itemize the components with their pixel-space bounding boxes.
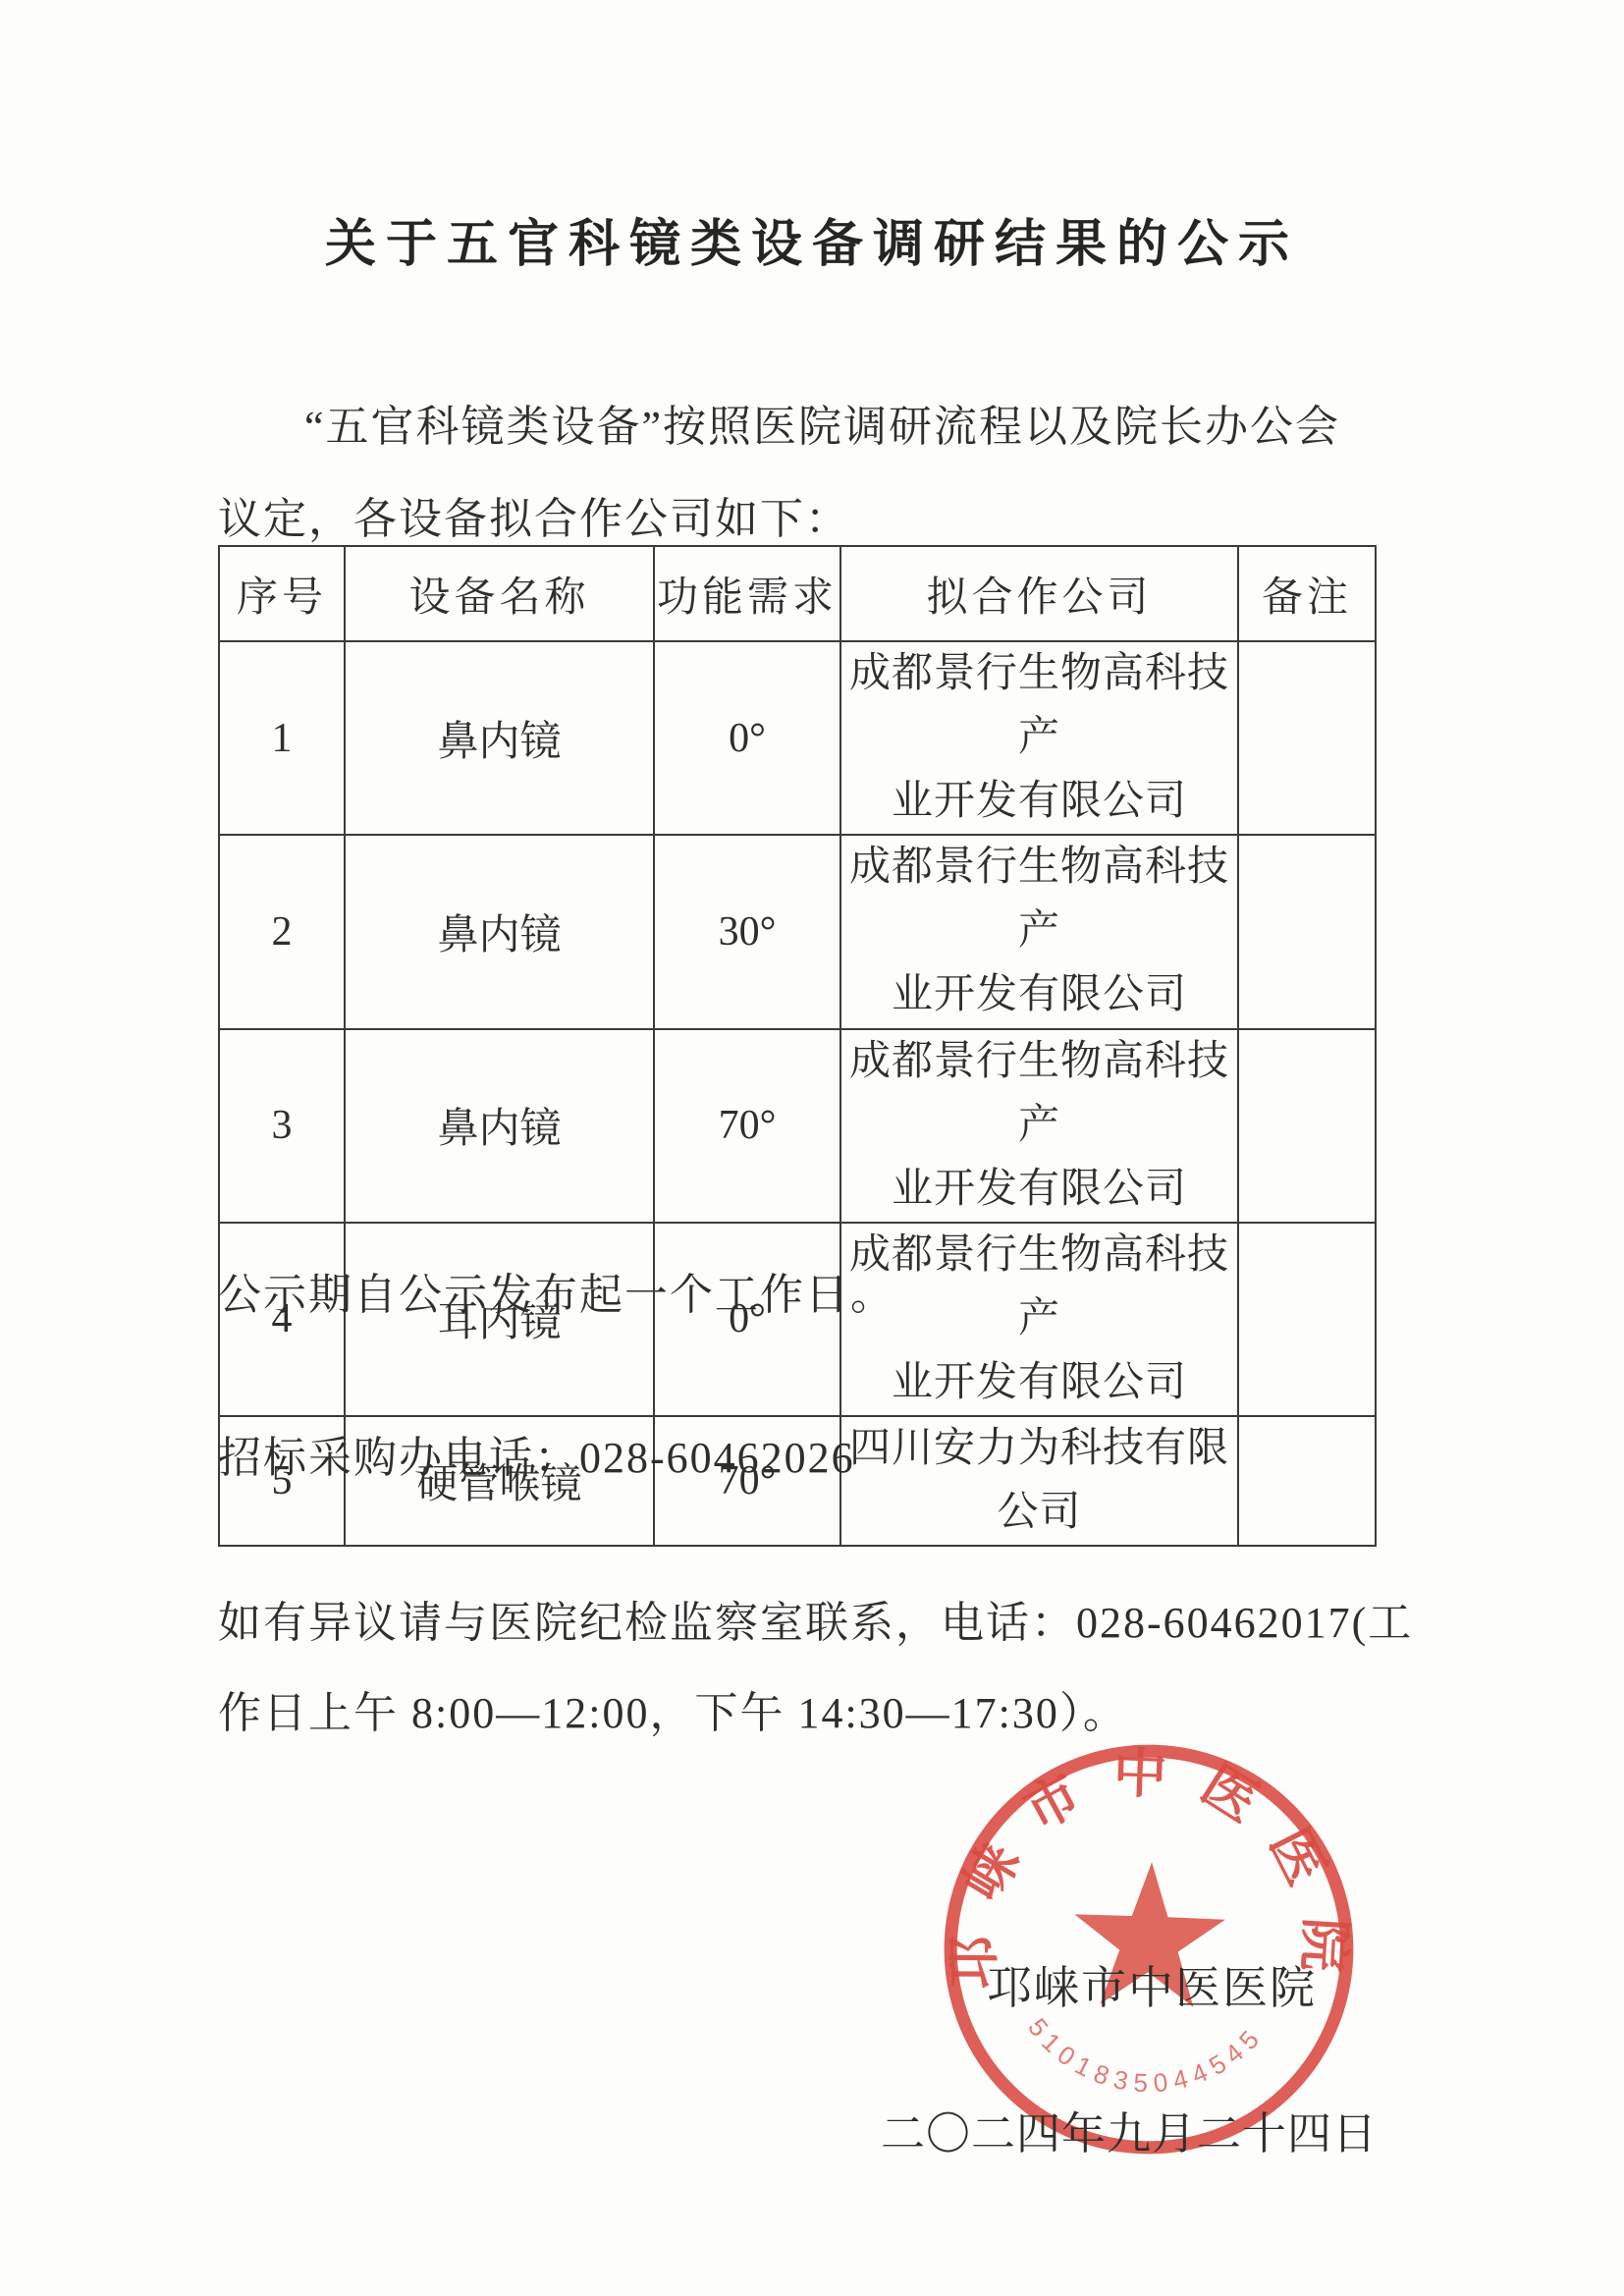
row-serial: 1 (219, 641, 345, 835)
row-device: 鼻内镜 (345, 1029, 654, 1223)
row-requirement: 0° (654, 641, 840, 835)
header-device-name: 设备名称 (345, 546, 654, 641)
row-company: 成都景行生物高科技产 业开发有限公司 (840, 1223, 1238, 1416)
bidding-office-phone: 招标采购办电话：028-60462026 (218, 1422, 855, 1485)
results-table: 序号 设备名称 功能需求 拟合作公司 备注 1 鼻内镜 0° 成都景行生物高科技… (218, 545, 1377, 1547)
row-device: 鼻内镜 (345, 641, 654, 835)
header-partner-company: 拟合作公司 (840, 546, 1238, 641)
page-title: 关于五官科镜类设备调研结果的公示 (0, 202, 1624, 276)
table-row: 2 鼻内镜 30° 成都景行生物高科技产 业开发有限公司 (219, 835, 1376, 1028)
row-note (1238, 1416, 1376, 1546)
table-row: 1 鼻内镜 0° 成都景行生物高科技产 业开发有限公司 (219, 641, 1376, 835)
row-requirement: 30° (654, 835, 840, 1028)
announcement-page: 关于五官科镜类设备调研结果的公示 “五官科镜类设备”按照医院调研流程以及院长办公… (0, 0, 1624, 2296)
results-table-wrapper: 序号 设备名称 功能需求 拟合作公司 备注 1 鼻内镜 0° 成都景行生物高科技… (218, 545, 1375, 1547)
table-row: 3 鼻内镜 70° 成都景行生物高科技产 业开发有限公司 (219, 1029, 1376, 1223)
row-note (1238, 1223, 1376, 1416)
svg-text:5101835044545: 5101835044545 (1020, 2012, 1270, 2103)
signature-organization: 邛崃市中医医院 (987, 1952, 1317, 2017)
intro-line-1: “五官科镜类设备”按照医院调研流程以及院长办公会 (218, 381, 1381, 473)
row-company: 四川安力为科技有限 公司 (840, 1416, 1238, 1546)
header-remarks: 备注 (1238, 546, 1376, 641)
row-requirement: 70° (654, 1029, 840, 1223)
row-company: 成都景行生物高科技产 业开发有限公司 (840, 641, 1238, 835)
row-device: 鼻内镜 (345, 835, 654, 1028)
table-header-row: 序号 设备名称 功能需求 拟合作公司 备注 (219, 546, 1376, 641)
row-note (1238, 1029, 1376, 1223)
row-company: 成都景行生物高科技产 业开发有限公司 (840, 835, 1238, 1028)
row-note (1238, 835, 1376, 1028)
row-serial: 2 (219, 835, 345, 1028)
intro-paragraph: “五官科镜类设备”按照医院调研流程以及院长办公会 议定，各设备拟合作公司如下： (218, 381, 1381, 566)
row-company: 成都景行生物高科技产 业开发有限公司 (840, 1029, 1238, 1223)
header-function-requirement: 功能需求 (654, 546, 840, 641)
publicity-period-note: 公示期自公示发布起一个工作日。 (218, 1259, 895, 1322)
signature-date: 二〇二四年九月二十四日 (881, 2098, 1378, 2161)
row-note (1238, 641, 1376, 835)
stamp-serial-number: 5101835044545 (1020, 2012, 1270, 2103)
header-serial-number: 序号 (219, 546, 345, 641)
row-serial: 3 (219, 1029, 345, 1223)
objection-contact-line-1: 如有异议请与医院纪检监察室联系，电话：028-60462017(工 (218, 1587, 1413, 1650)
